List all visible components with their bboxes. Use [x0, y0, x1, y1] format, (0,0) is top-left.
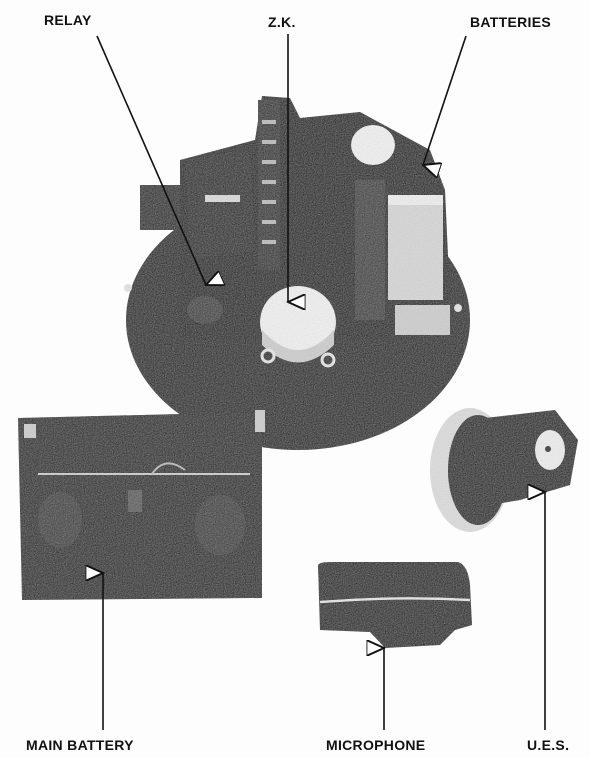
label-microphone: MICROPHONE	[326, 737, 425, 753]
label-zk: Z.K.	[268, 14, 296, 30]
chassis	[124, 96, 470, 450]
label-batteries: BATTERIES	[470, 14, 551, 30]
label-ues: U.E.S.	[527, 737, 569, 753]
ues-unit	[430, 408, 578, 532]
main-battery-box	[18, 410, 265, 600]
equipment-photo	[0, 0, 590, 758]
label-main-battery: MAIN BATTERY	[26, 737, 134, 753]
figure-canvas: RELAY Z.K. BATTERIES MAIN BATTERY MICROP…	[0, 0, 590, 758]
microphone-block	[318, 562, 472, 648]
batteries-arrow	[423, 36, 466, 165]
label-relay: RELAY	[44, 12, 92, 28]
